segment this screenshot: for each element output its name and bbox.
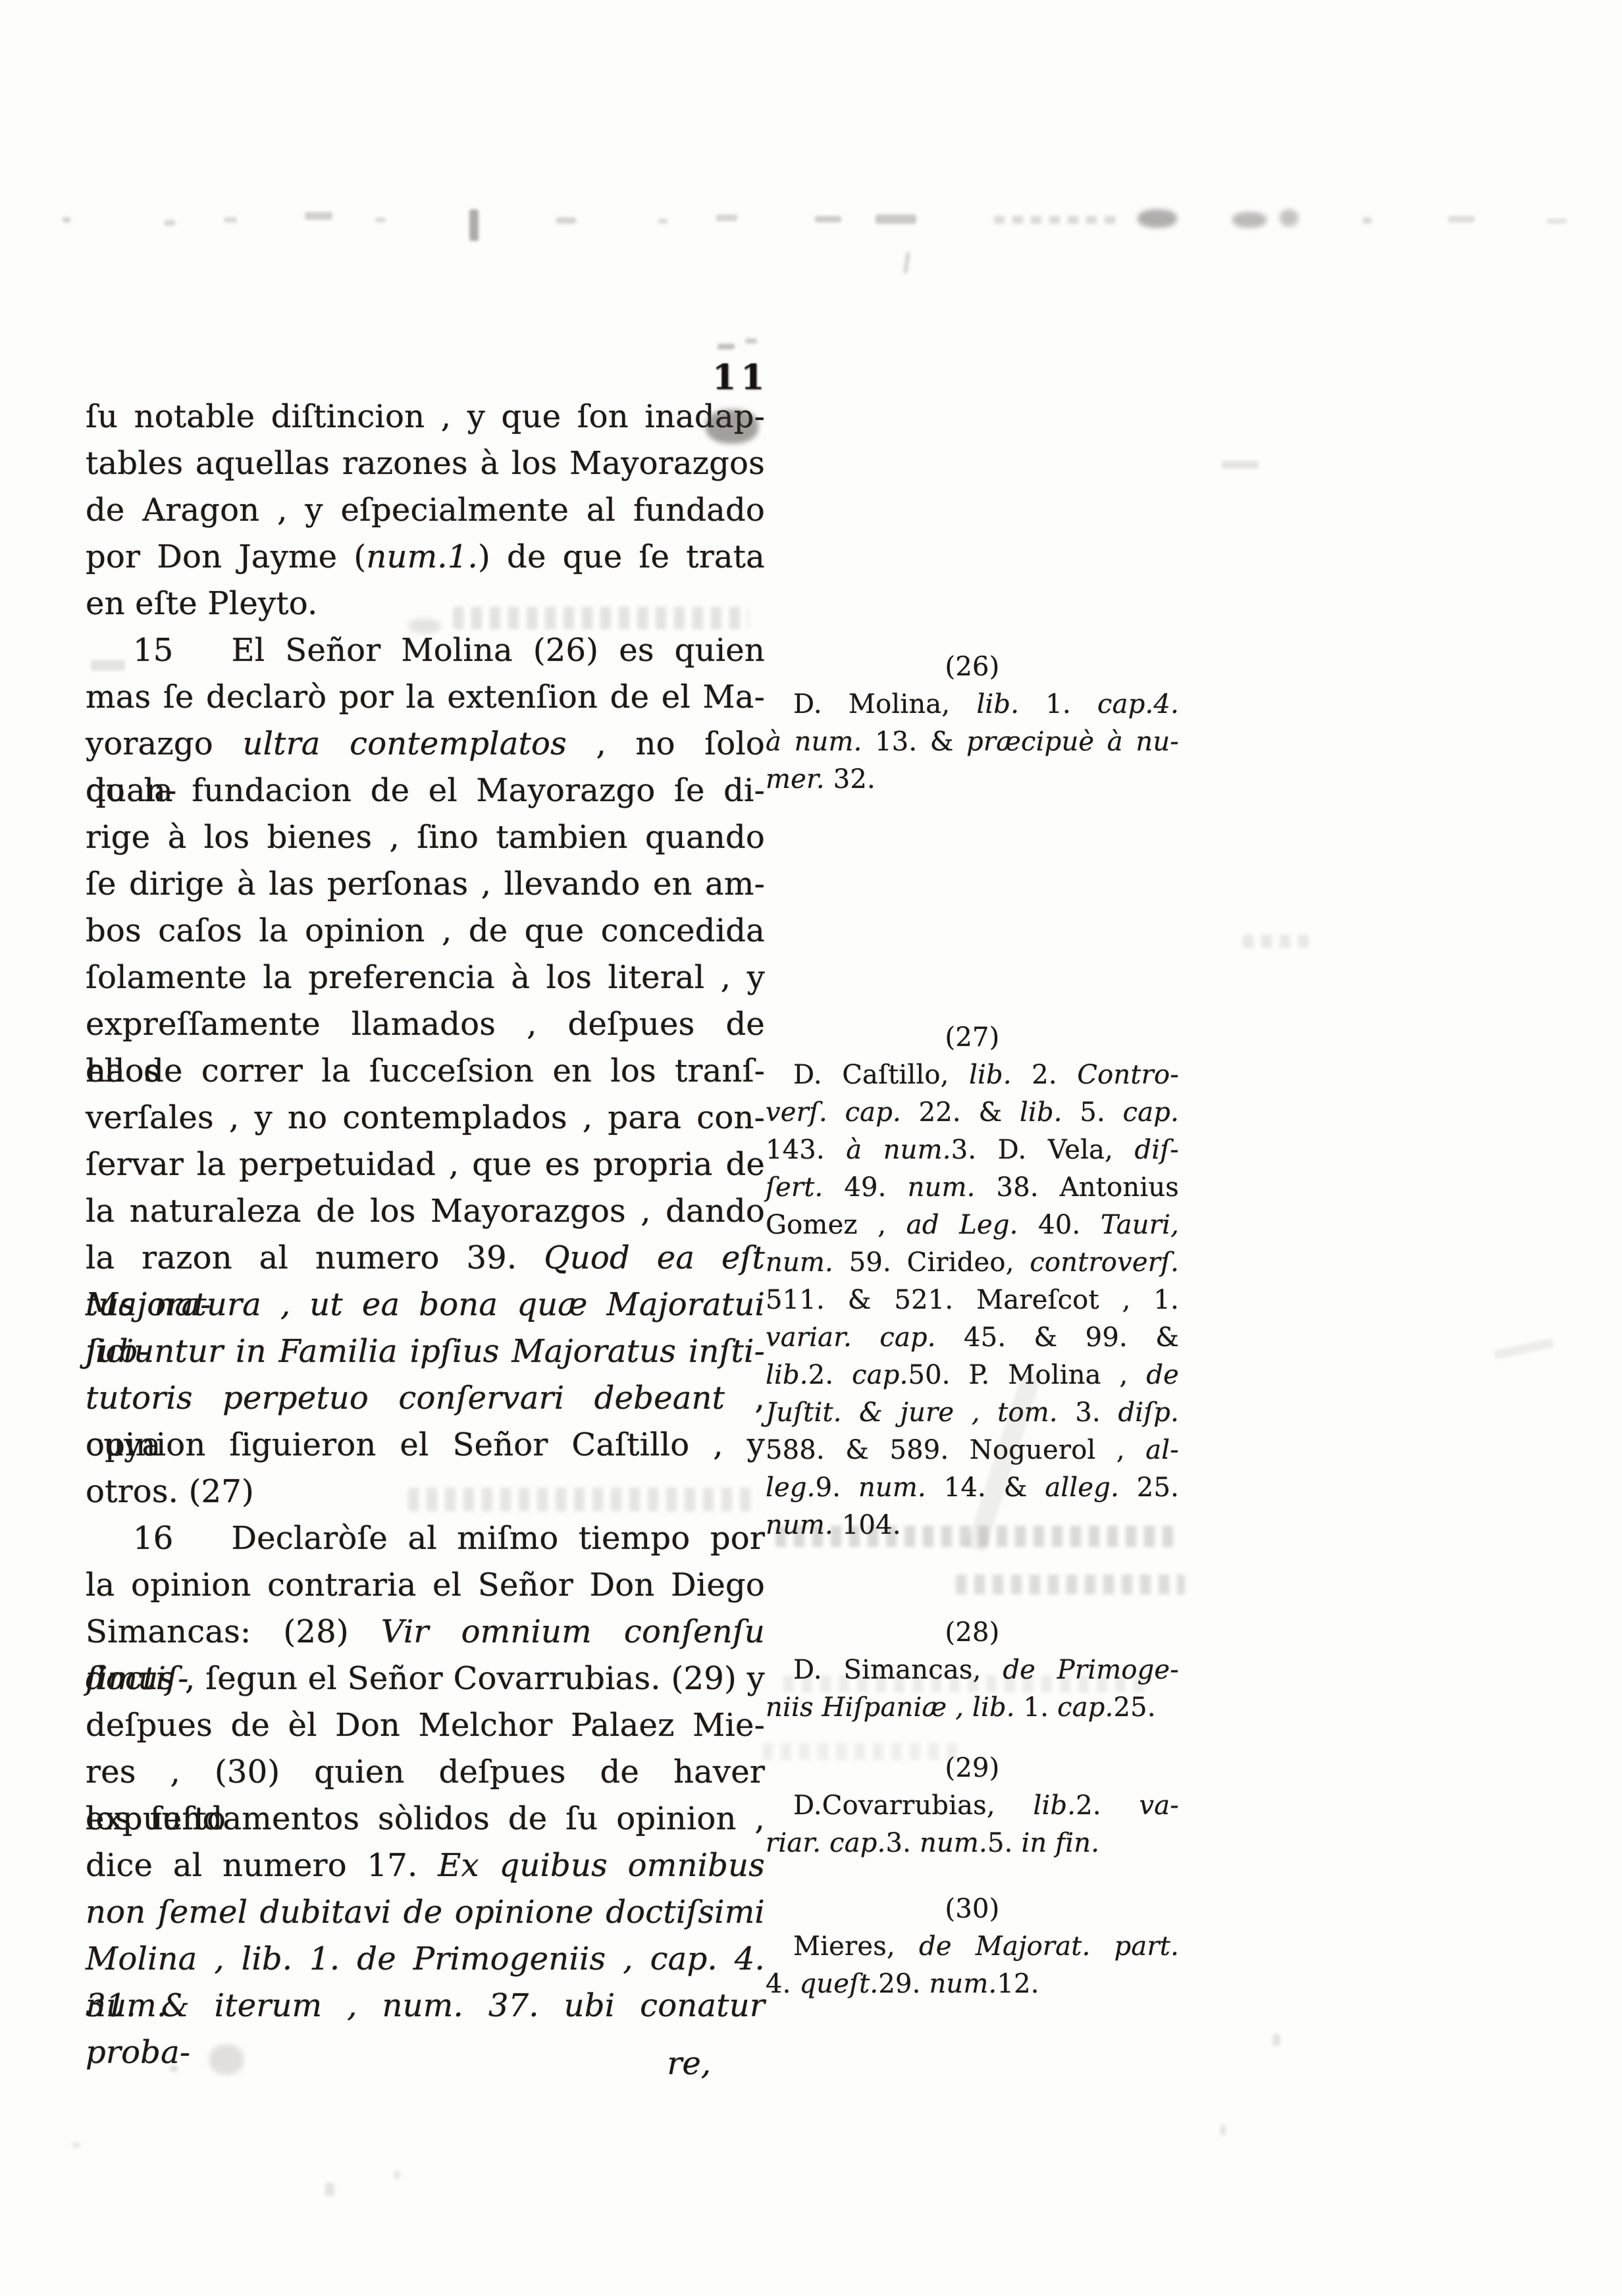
- text-line: por Don Jayme (num.1.) de que ſe trata: [86, 534, 765, 581]
- scan-artifact: [1547, 219, 1567, 224]
- text-line: 15El Señor Molina (26) es quien: [86, 627, 765, 674]
- text-line: opinion ſiguieron el Señor Caſtillo , y: [86, 1422, 765, 1469]
- italic-run: lib.: [766, 1360, 808, 1390]
- text-line: non ſemel dubitavi de opinione doctiſsim…: [86, 1889, 765, 1936]
- scan-artifact: [165, 220, 175, 226]
- text-run: 511. & 521. Mareſcot , 1.: [766, 1285, 1179, 1315]
- italic-run: à num.: [846, 1135, 951, 1165]
- text-run: 4.: [766, 1969, 799, 1999]
- scan-artifact: [170, 2066, 178, 2072]
- text-line: res , (30) quien deſpues de haver expueſ…: [86, 1749, 765, 1796]
- text-line: tutoris perpetuo conſervari debeant , cu…: [86, 1375, 765, 1422]
- note-line: leg.9. num. 14. & alleg. 25.: [766, 1469, 1179, 1507]
- italic-run: Tauri,: [1101, 1210, 1179, 1240]
- scan-artifact: [408, 1488, 757, 1511]
- scan-artifact: [469, 209, 479, 241]
- text-run: mas ſe declarò por la extenſion de el Ma…: [86, 679, 765, 716]
- text-run: 59. Cirideo,: [833, 1247, 1030, 1278]
- italic-run: riar. cap.: [766, 1828, 886, 1858]
- text-run: la razon al numero 39.: [86, 1239, 544, 1276]
- scan-artifact: [762, 1743, 960, 1760]
- note-line: mer. 32.: [766, 761, 1179, 798]
- text-run: ſe dirige à las perſonas , llevando en a…: [86, 866, 765, 902]
- scan-artifact: [1220, 2125, 1226, 2135]
- scan-artifact: [706, 409, 758, 444]
- text-run: deſpues de èl Don Melchor Palaez Mie-: [86, 1707, 765, 1744]
- text-run: ha de correr la ſucceſsion en los tranſ-: [86, 1053, 765, 1089]
- scan-artifact: [994, 216, 1119, 224]
- text-run: 16: [133, 1520, 173, 1557]
- text-run: tables aquellas razones à los Mayorazgos: [86, 445, 765, 482]
- scan-artifact: [63, 217, 70, 222]
- text-line: expreſſamente llamados , deſpues de ello…: [86, 1001, 765, 1048]
- note-number: (30): [766, 1891, 1179, 1928]
- text-run: opinion ſiguieron el Señor Caſtillo , y: [86, 1426, 765, 1463]
- text-run: los fundamentos sòlidos de ſu opinion ,: [86, 1800, 765, 1837]
- text-run: ſu notable diſtincion , y que ſon inadap…: [86, 398, 765, 435]
- scan-artifact: [1232, 212, 1267, 228]
- text-run: yorazgo: [86, 725, 242, 762]
- text-run: bos caſos la opinion , de que concedida: [86, 912, 765, 949]
- text-line: Simancas: (28) Vir omnium conſenſu docti…: [86, 1609, 765, 1656]
- italic-run: Contro-: [1077, 1060, 1179, 1090]
- note-line: verſ. cap. 22. & lib. 5. cap.: [766, 1094, 1179, 1132]
- text-run: 13. &: [862, 727, 967, 757]
- scan-artifact: [815, 216, 841, 222]
- side-note-27: (27)D. Caſtillo, lib. 2. Contro-verſ. ca…: [766, 1019, 1179, 1544]
- italic-run: de Majorat. part.: [919, 1931, 1179, 1962]
- note-line: Gomez , ad Leg. 40. Tauri,: [766, 1207, 1179, 1244]
- text-run: 38. Antonius: [976, 1172, 1179, 1203]
- text-line: dice al numero 17. Ex quibus omnibus: [86, 1842, 765, 1889]
- text-run: 1.: [1015, 1692, 1057, 1723]
- italic-run: lib.: [1020, 1097, 1062, 1128]
- page-number: 11: [712, 357, 769, 398]
- text-run: 1.: [1019, 689, 1097, 719]
- italic-run: à num.: [766, 727, 862, 757]
- italic-run: variar. cap.: [766, 1322, 936, 1353]
- text-run: 15: [133, 632, 173, 669]
- text-line: la razon al numero 39. Quod ea eſt Major…: [86, 1235, 765, 1282]
- text-line: ſervar la perpetuidad , que es propria d…: [86, 1141, 765, 1188]
- text-run: la naturaleza de los Mayorazgos , dando: [86, 1193, 765, 1230]
- text-run: 40.: [1018, 1210, 1101, 1240]
- scan-artifact: [408, 619, 441, 633]
- text-run: 49.: [823, 1172, 907, 1203]
- scan-artifact: [1280, 209, 1298, 226]
- main-text: ſu notable diſtincion , y que ſon inadap…: [86, 394, 765, 2029]
- note-line: 588. & 589. Noguerol , al-: [766, 1432, 1179, 1469]
- note-line: 143. à num.3. D. Vela, diſ-: [766, 1132, 1179, 1169]
- catchword-text: re,: [667, 2045, 711, 2082]
- text-run: 22. &: [901, 1097, 1020, 1128]
- note-line: 511. & 521. Mareſcot , 1.: [766, 1282, 1179, 1319]
- italic-run: lib.: [969, 1060, 1012, 1090]
- text-line: la opinion contraria el Señor Don Diego: [86, 1562, 765, 1609]
- text-run: ſolamente la preferencia à los literal ,…: [86, 959, 765, 996]
- italic-run: 4.: [1153, 689, 1179, 719]
- text-run: 3.: [1058, 1397, 1118, 1428]
- scan-artifact: [658, 219, 667, 224]
- text-run: , ſegun el Señor Covarrubias. (29) y: [174, 1660, 765, 1697]
- note-line: Mieres, de Majorat. part.: [766, 1928, 1179, 1966]
- scan-artifact: [716, 215, 737, 221]
- italic-run: ſert.: [766, 1172, 823, 1203]
- scan-artifact: [224, 217, 237, 222]
- text-run: D. Caſtillo,: [793, 1060, 969, 1090]
- scan-artifact: [1494, 1338, 1554, 1359]
- text-run: D.Covarrubias,: [793, 1790, 1033, 1821]
- scanned-book-page: 11 ſu notable diſtincion , y que ſon ina…: [0, 0, 1622, 2296]
- text-line: ſu notable diſtincion , y que ſon inadap…: [86, 394, 765, 440]
- text-run: 2.: [1076, 1790, 1139, 1821]
- text-run: 5.: [987, 1828, 1021, 1858]
- scan-artifact: [956, 1575, 1185, 1594]
- note-line: D.Covarrubias, lib.2. va-: [766, 1787, 1179, 1825]
- text-run: verſales , y no contemplados , para con-: [86, 1099, 765, 1136]
- text-run: ſervar la perpetuidad , que es propria d…: [86, 1146, 765, 1183]
- scan-artifact: [876, 215, 916, 224]
- scan-artifact: [325, 2183, 334, 2196]
- italic-run: diſ-: [1134, 1135, 1179, 1165]
- italic-run: num.: [858, 1473, 926, 1503]
- note-line: ſert. 49. num. 38. Antonius: [766, 1169, 1179, 1207]
- text-run: 3. D. Vela,: [951, 1135, 1135, 1165]
- text-line: do la fundacion de el Mayorazgo ſe di-: [86, 768, 765, 814]
- italic-run: jiciuntur in Familia ipſius Majoratus in…: [86, 1333, 765, 1370]
- text-line: 31. & iterum , num. 37. ubi conatur prob…: [86, 1983, 765, 2029]
- italic-run: non ſemel dubitavi de opinione doctiſsim…: [86, 1894, 765, 1931]
- text-run: Gomez ,: [766, 1210, 906, 1240]
- text-run: otros. (27): [86, 1473, 254, 1510]
- scan-artifact: [718, 344, 735, 350]
- italic-run: num.: [929, 1969, 997, 1999]
- text-line: ſimus , ſegun el Señor Covarrubias. (29)…: [86, 1656, 765, 1702]
- italic-run: Ex quibus omnibus: [438, 1847, 765, 1884]
- text-run: 25.: [1119, 1473, 1179, 1503]
- text-run: 3.: [886, 1828, 920, 1858]
- scan-artifact: [209, 2045, 244, 2075]
- text-line: jiciuntur in Familia ipſius Majoratus in…: [86, 1328, 765, 1375]
- text-run: dice al numero 17.: [86, 1847, 438, 1884]
- paragraph: 16Declaròſe al miſmo tiempo porla opinio…: [86, 1515, 765, 2029]
- text-run: rige à los bienes , ſino tambien quando: [86, 819, 765, 856]
- italic-run: ultra contemplatos: [242, 725, 567, 762]
- note-number: (28): [766, 1614, 1179, 1652]
- scan-artifact: [745, 338, 757, 344]
- note-line: D. Caſtillo, lib. 2. Contro-: [766, 1057, 1179, 1094]
- italic-run: diſp.: [1118, 1397, 1179, 1428]
- text-line: tables aquellas razones à los Mayorazgos: [86, 440, 765, 487]
- italic-run: num.: [920, 1828, 987, 1858]
- italic-run: in fin.: [1021, 1828, 1099, 1858]
- text-run: Simancas: (28): [86, 1613, 381, 1650]
- italic-run: num.: [766, 1247, 833, 1278]
- scan-artifact: [903, 251, 911, 274]
- italic-run: cap.: [1123, 1097, 1179, 1128]
- paragraph: ſu notable diſtincion , y que ſon inadap…: [86, 394, 765, 627]
- text-line: tus natura , ut ea bona quæ Majoratui ſu…: [86, 1282, 765, 1328]
- text-run: 9.: [816, 1473, 858, 1503]
- text-line: verſales , y no contemplados , para con-: [86, 1095, 765, 1141]
- note-line: D. Molina, lib. 1. cap.4.: [766, 686, 1179, 723]
- italic-run: va-: [1139, 1790, 1179, 1821]
- text-run: 588. & 589. Noguerol ,: [766, 1435, 1145, 1465]
- text-run: El Señor Molina (26) es quien: [231, 632, 765, 669]
- text-line: deſpues de èl Don Melchor Palaez Mie-: [86, 1702, 765, 1749]
- scan-artifact: [1222, 461, 1259, 469]
- text-run: 25.: [1114, 1692, 1156, 1723]
- text-line: Molina , lib. 1. de Primogeniis , cap. 4…: [86, 1936, 765, 1983]
- italic-run: cap.: [852, 1360, 908, 1390]
- text-run: do la fundacion de el Mayorazgo ſe di-: [86, 772, 765, 809]
- text-run: por Don Jayme (: [86, 538, 366, 575]
- scan-artifact: [72, 2142, 80, 2148]
- scan-artifact: [394, 2171, 400, 2179]
- italic-run: tutoris perpetuo conſervari debeant: [86, 1380, 725, 1417]
- note-number: (27): [766, 1019, 1179, 1057]
- scan-artifact: [775, 1526, 1177, 1547]
- italic-run: queſt.: [799, 1969, 878, 1999]
- text-line: la naturaleza de los Mayorazgos , dando: [86, 1188, 765, 1235]
- text-run: Declaròſe al miſmo tiempo por: [231, 1520, 765, 1557]
- text-line: mas ſe declarò por la extenſion de el Ma…: [86, 674, 765, 721]
- text-run: 2.: [1012, 1060, 1078, 1090]
- scan-artifact: [375, 217, 386, 222]
- scan-artifact: [783, 1675, 1152, 1692]
- scan-artifact: [453, 607, 749, 629]
- italic-run: præcipuè à nu-: [966, 727, 1179, 757]
- text-run: 2.: [808, 1360, 852, 1390]
- text-run: 143.: [766, 1135, 846, 1165]
- italic-run: num.: [908, 1172, 976, 1203]
- text-run: ) de que ſe trata: [478, 538, 765, 575]
- text-run: D. Molina,: [793, 689, 976, 719]
- text-run: en eſte Pleyto.: [86, 585, 317, 622]
- text-line: 16Declaròſe al miſmo tiempo por: [86, 1515, 765, 1562]
- note-line: variar. cap. 45. & 99. &: [766, 1319, 1179, 1357]
- scan-artifact: [1363, 217, 1372, 224]
- text-line: los fundamentos sòlidos de ſu opinion ,: [86, 1796, 765, 1842]
- scan-artifact: [556, 217, 576, 224]
- note-line: à num. 13. & præcipuè à nu-: [766, 723, 1179, 761]
- scan-artifact: [1448, 216, 1475, 222]
- catchword: re,: [86, 2041, 765, 2087]
- italic-run: num.1.: [366, 538, 478, 575]
- note-line: 4. queſt.29. num.12.: [766, 1966, 1179, 2003]
- text-line: yorazgo ultra contemplatos , no ſolo qua…: [86, 721, 765, 768]
- italic-run: ſimus: [86, 1660, 174, 1697]
- text-run: 29.: [878, 1969, 929, 1999]
- text-line: bos caſos la opinion , de que concedida: [86, 908, 765, 954]
- note-line: lib.2. cap.50. P. Molina , de: [766, 1357, 1179, 1394]
- side-note-30: (30)Mieres, de Majorat. part.4. queſt.29…: [766, 1891, 1179, 2003]
- side-note-26: (26)D. Molina, lib. 1. cap.4.à num. 13. …: [766, 648, 1179, 798]
- italic-run: verſ. cap.: [766, 1097, 901, 1128]
- scan-artifact: [305, 212, 332, 220]
- text-run: 45. & 99. &: [936, 1322, 1179, 1353]
- italic-run: ad Leg.: [906, 1210, 1018, 1240]
- text-line: ha de correr la ſucceſsion en los tranſ-: [86, 1048, 765, 1095]
- text-line: ſolamente la preferencia à los literal ,…: [86, 954, 765, 1001]
- italic-run: leg.: [766, 1473, 816, 1503]
- text-run: la opinion contraria el Señor Don Diego: [86, 1567, 765, 1604]
- italic-run: lib.: [976, 689, 1019, 719]
- scan-artifact: [1138, 209, 1177, 228]
- italic-run: alleg.: [1045, 1473, 1119, 1503]
- note-line: num. 59. Cirideo, controverſ.: [766, 1244, 1179, 1282]
- note-line: riar. cap.3. num.5. in fin.: [766, 1825, 1179, 1862]
- scan-artifact: [91, 660, 125, 671]
- italic-run: de: [1146, 1360, 1179, 1390]
- italic-run: mer.: [766, 764, 825, 795]
- text-run: Mieres,: [793, 1931, 919, 1962]
- italic-run: cap.: [1097, 689, 1153, 719]
- italic-run: cap.: [1057, 1692, 1113, 1723]
- italic-run: al-: [1145, 1435, 1179, 1465]
- text-run: de Aragon , y eſpecialmente al fundado: [86, 492, 765, 529]
- text-line: de Aragon , y eſpecialmente al fundado: [86, 487, 765, 534]
- italic-run: lib.: [1033, 1790, 1076, 1821]
- scan-artifact: [1243, 935, 1317, 948]
- italic-run: controverſ.: [1030, 1247, 1179, 1278]
- italic-run: niis Hiſpaniæ , lib.: [766, 1692, 1015, 1723]
- note-line: niis Hiſpaniæ , lib. 1. cap.25.: [766, 1689, 1179, 1727]
- paragraph: 15El Señor Molina (26) es quienmas ſe de…: [86, 627, 765, 1515]
- text-run: 32.: [825, 764, 876, 795]
- side-note-29: (29)D.Covarrubias, lib.2. va-riar. cap.3…: [766, 1750, 1179, 1862]
- text-line: rige à los bienes , ſino tambien quando: [86, 814, 765, 861]
- text-line: ſe dirige à las perſonas , llevando en a…: [86, 861, 765, 908]
- text-run: 12.: [997, 1969, 1039, 1999]
- scan-artifact: [1272, 2034, 1280, 2046]
- note-line: Juſtit. & jure , tom. 3. diſp.: [766, 1394, 1179, 1432]
- side-note-28: (28)D. Simancas, de Primoge-niis Hiſpani…: [766, 1614, 1179, 1727]
- note-number: (26): [766, 648, 1179, 686]
- text-run: 5.: [1062, 1097, 1123, 1128]
